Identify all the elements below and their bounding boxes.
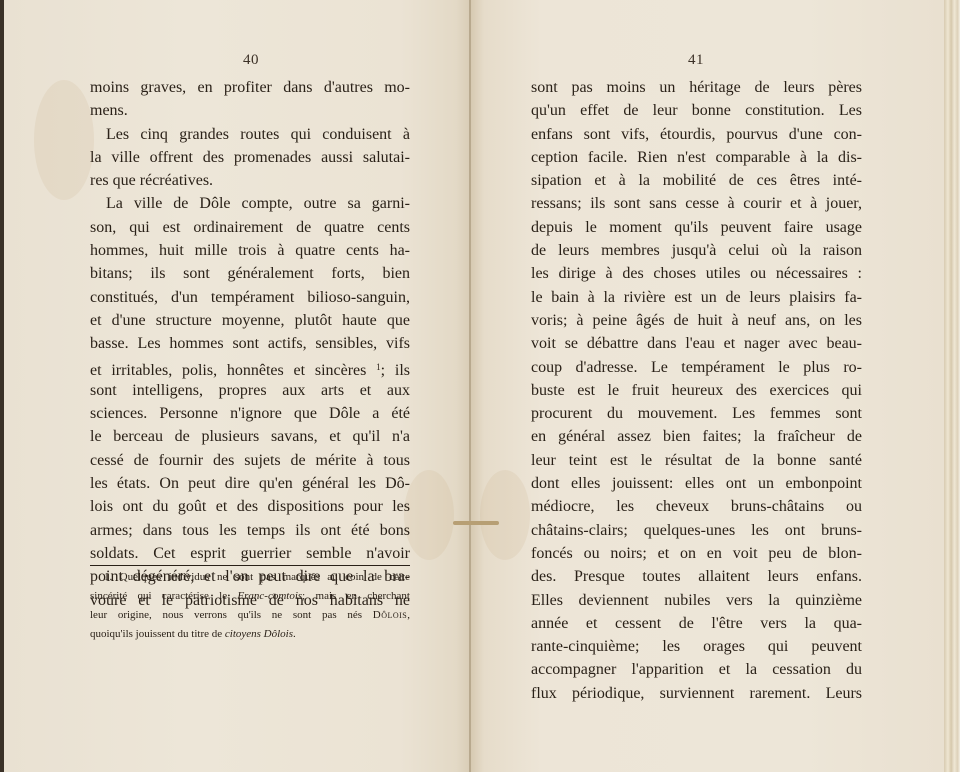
text-line: procurent du mouvement. Les femmes sont: [531, 402, 862, 425]
text-segment: Quelques individus ne sont pas marqués a…: [120, 571, 410, 583]
text-line: le bain à la rivière est un de leurs pla…: [531, 286, 862, 309]
paper-stain: [34, 80, 94, 200]
book-gutter: [469, 0, 471, 772]
text-line: et d'une structure moyenne, plutôt haute…: [90, 309, 410, 332]
text-segment: quoiqu'ils jouissent du titre de: [90, 628, 225, 640]
text-line: médiocre, les cheveux bruns-châtains ou: [531, 495, 862, 518]
text-line: leur teint est le résultat de la bonne s…: [531, 449, 862, 472]
text-line: des. Presque toutes allaitent leurs enfa…: [531, 565, 862, 588]
paper-stain: [404, 470, 454, 560]
text-segment: ,: [407, 609, 410, 621]
text-line: son, qui est ordinairement de quatre cen…: [90, 216, 410, 239]
text-line: bitans; ils sont généralement forts, bie…: [90, 262, 410, 285]
text-line: la ville offrent des promenades aussi sa…: [90, 146, 410, 169]
text-line: sont pas moins un héritage de leurs père…: [531, 76, 862, 99]
text-line: accompagner l'apparition et la cessation…: [531, 658, 862, 681]
text-line: voris; à peine âgés de huit à neuf ans, …: [531, 309, 862, 332]
text-line: buste est le fruit heureux des exercices…: [531, 379, 862, 402]
text-line: voit se débattre dans l'eau et nager ave…: [531, 332, 862, 355]
text-line: res que récréatives.: [90, 169, 410, 192]
text-line: les états. On peut dire qu'en général le…: [90, 472, 410, 495]
footnote-divider: [90, 565, 410, 566]
text-segment: et irritables, polis, honnêtes et sincèr…: [90, 362, 366, 379]
paper-stain: [480, 470, 530, 560]
text-line: ressans; ils sont sans cesse à courir et…: [531, 192, 862, 215]
text-segment: leur origine, nous verrons qu'ils ne son…: [90, 609, 373, 621]
text-line: coup d'adresse. Le tempérament le plus r…: [531, 356, 862, 379]
text-line: flux périodique, surviennent rarement. L…: [531, 682, 862, 705]
page-edges: [944, 0, 960, 772]
text-line: Elles deviennent nubiles vers la quinziè…: [531, 589, 862, 612]
binding-thread: [453, 521, 499, 525]
text-line: foncés ou noirs; et on en voit peu de bl…: [531, 542, 862, 565]
footnote-line: quoiqu'ils jouissent du titre de citoyen…: [90, 625, 410, 644]
smallcaps-text: Dôlois: [373, 609, 408, 621]
text-line: cessé de fournir des sujets de mérite à …: [90, 449, 410, 472]
text-line: lois ont du goût et des dispositions pou…: [90, 495, 410, 518]
text-line: les dirige à des choses utiles ou nécess…: [531, 262, 862, 285]
text-line: La ville de Dôle compte, outre sa garni-: [90, 192, 410, 215]
text-line: qu'un effet de leur bonne constitution. …: [531, 99, 862, 122]
text-line: mens.: [90, 99, 410, 122]
text-line: sipation et à la mobilité de ces êtres i…: [531, 169, 862, 192]
footnote-line: leur origine, nous verrons qu'ils ne son…: [90, 606, 410, 625]
page-number-left: 40: [243, 52, 259, 69]
text-line: ception facile. Rien n'est comparable à …: [531, 146, 862, 169]
footnote-number: 1.: [104, 571, 112, 583]
book-spread: 40 moins graves, en profiter dans d'autr…: [0, 0, 960, 772]
text-line: châtains-clairs; quelques-unes les ont b…: [531, 519, 862, 542]
footnote-line: 1. Quelques individus ne sont pas marqué…: [90, 568, 410, 587]
left-page-body: moins graves, en profiter dans d'autres …: [90, 76, 410, 612]
text-line: moins graves, en profiter dans d'autres …: [90, 76, 410, 99]
italic-text: Franc-comtois: [237, 590, 302, 602]
text-line: hommes, huit mille trois à quatre cents …: [90, 239, 410, 262]
text-line: sont intelligens, propres aux arts et au…: [90, 379, 410, 402]
text-line: enfans sont vifs, étourdis, pourvus d'un…: [531, 123, 862, 146]
text-line: dont elles jouissent: elles ont un embon…: [531, 472, 862, 495]
text-line: Les cinq grandes routes qui conduisent à: [90, 123, 410, 146]
text-line: sciences. Personne n'ignore que Dôle a é…: [90, 402, 410, 425]
text-segment: .: [293, 628, 296, 640]
text-segment: ; ils: [381, 362, 410, 379]
right-page-body: sont pas moins un héritage de leurs père…: [531, 76, 862, 705]
footnote-line: sincérité qui caractérise le Franc-comto…: [90, 587, 410, 606]
italic-text: citoyens Dôlois: [225, 628, 293, 640]
text-line: de leurs membres jusqu'à celui où la rai…: [531, 239, 862, 262]
text-segment: sincérité qui caractérise le: [90, 590, 237, 602]
text-line: rante-cinquième; les orages qui peuvent: [531, 635, 862, 658]
page-number-right: 41: [688, 52, 704, 69]
text-line-with-footnote: et irritables, polis, honnêtes et sincèr…: [90, 356, 410, 379]
text-line: soldats. Cet esprit guerrier semble n'av…: [90, 542, 410, 565]
text-line: le berceau de plusieurs savans, et qu'il…: [90, 425, 410, 448]
text-segment: ; mais en cherchant: [302, 590, 410, 602]
footnote: 1. Quelques individus ne sont pas marqué…: [90, 568, 410, 644]
text-line: année et cessent de l'être vers la qua-: [531, 612, 862, 635]
text-line: depuis le moment qu'ils peuvent faire us…: [531, 216, 862, 239]
text-line: constitués, d'un tempérament bilioso-san…: [90, 286, 410, 309]
text-line: basse. Les hommes sont actifs, sensibles…: [90, 332, 410, 355]
text-line: armes; dans tous les temps ils ont été b…: [90, 519, 410, 542]
text-line: en général assez bien faites; la fraîche…: [531, 425, 862, 448]
